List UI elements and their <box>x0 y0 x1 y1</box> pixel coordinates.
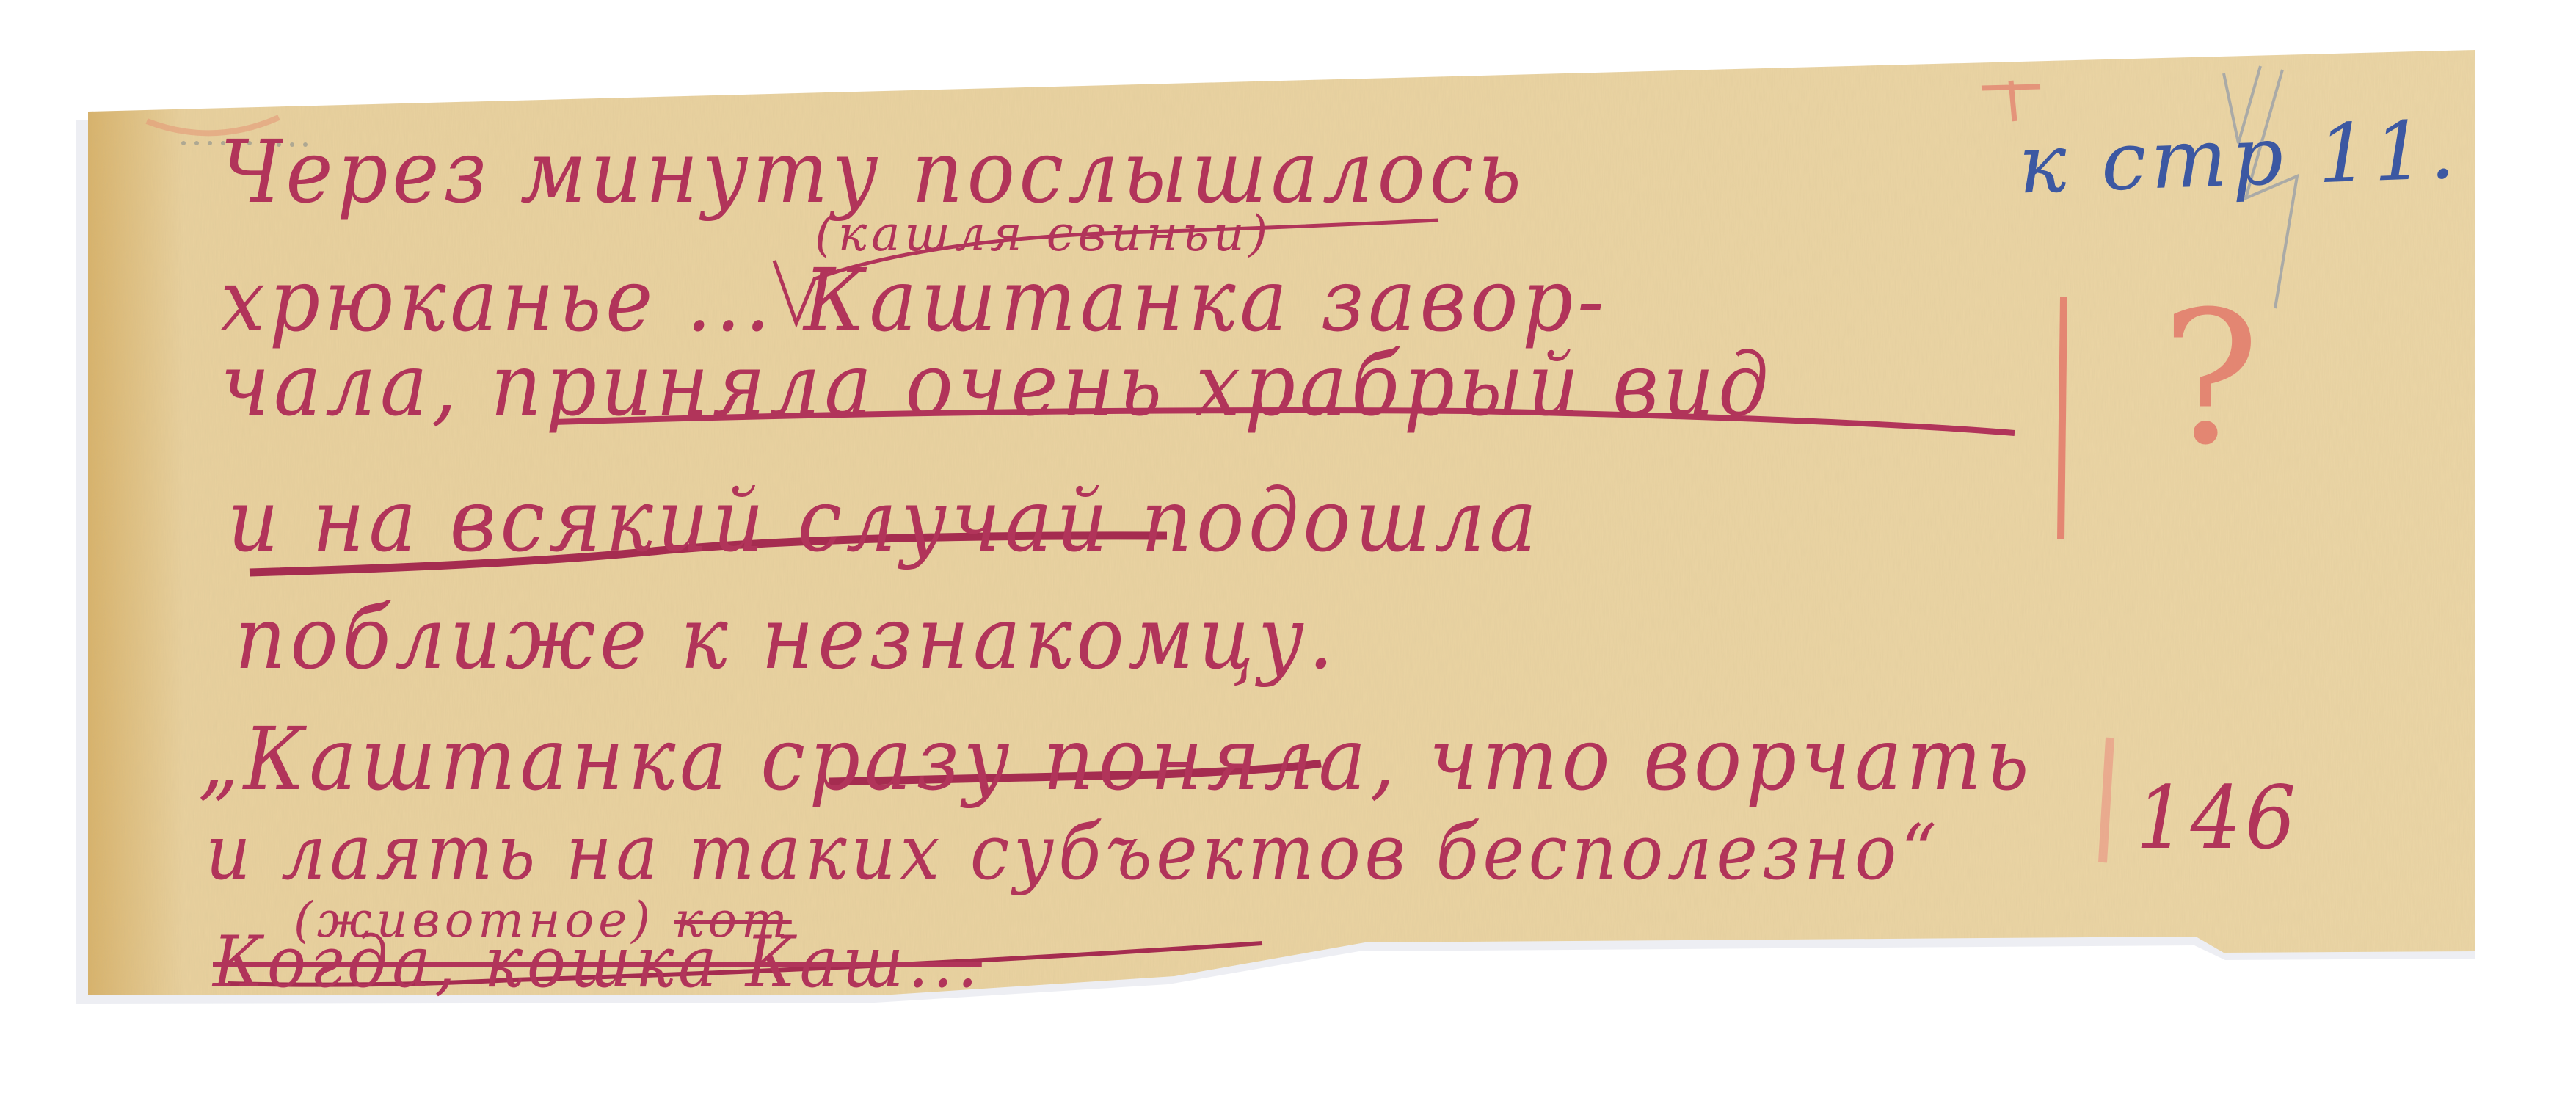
margin-question-mark: ? <box>2161 272 2264 485</box>
red-pencil-margin-line-upper <box>2061 297 2064 539</box>
struck-bottom-line: Когда, кошка Каш... <box>213 921 982 1003</box>
margin-note-blue: к стр 11. <box>2017 103 2461 212</box>
manuscript-line-6: „Каштанка сразу поняла, что ворчать <box>198 708 2033 810</box>
page-reference-number: 146 <box>2136 767 2300 868</box>
manuscript-line-5: поближе к незнакомцу. <box>235 587 1338 688</box>
manuscript-line-3: чала, приняла очень храбрый вид <box>220 334 1773 435</box>
manuscript-line-7: и лаять на таких субъектов бесполезно“ <box>205 807 1940 897</box>
manuscript-line-4: и на всякий случай подошла <box>228 470 1540 571</box>
